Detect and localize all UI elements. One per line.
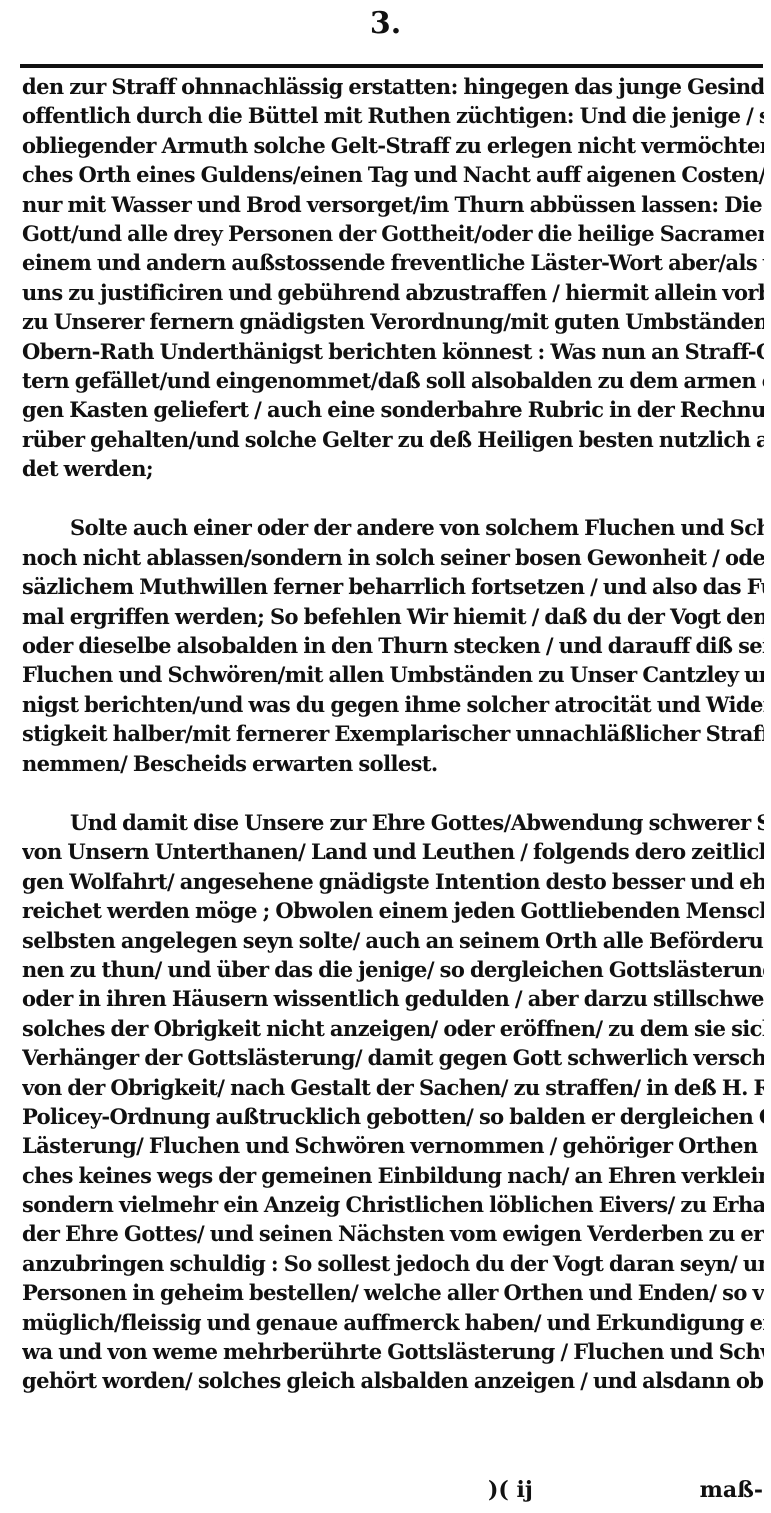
- text-line: ches Orth eines Guldens/einen Tag und Na…: [22, 160, 764, 189]
- text-line: zu Unserer fernern gnädigsten Verordnung…: [22, 307, 764, 336]
- text-line: mal ergriffen werden; So befehlen Wir hi…: [22, 602, 764, 631]
- text-line: der Ehre Gottes/ und seinen Nächsten vom…: [22, 1219, 764, 1248]
- text-line: gen Wolfahrt/ angesehene gnädigste Inten…: [22, 867, 764, 896]
- text-line: Fluchen und Schwören/mit allen Umbstände…: [22, 660, 764, 689]
- text-line: Gott/und alle drey Personen der Gottheit…: [22, 219, 764, 248]
- text-line: gehört worden/ solches gleich alsbalden …: [22, 1366, 764, 1395]
- text-line: selbsten angelegen seyn solte/ auch an s…: [22, 926, 764, 955]
- catchword: maß-: [700, 1470, 763, 1510]
- text-line: solches der Obrigkeit nicht anzeigen/ od…: [22, 1014, 764, 1043]
- text-line: säzlichem Muthwillen ferner beharrlich f…: [22, 572, 764, 601]
- text-line: reichet werden möge ; Obwolen einem jede…: [22, 896, 764, 925]
- text-line: Solte auch einer oder der andere von sol…: [22, 513, 764, 542]
- text-line: Lästerung/ Fluchen und Schwören vernomme…: [22, 1131, 764, 1160]
- paragraph-2: Solte auch einer oder der andere von sol…: [22, 513, 764, 778]
- text-line: Und damit dise Unsere zur Ehre Gottes/Ab…: [22, 808, 764, 837]
- text-line: nemmen/ Bescheids erwarten sollest.: [22, 749, 764, 778]
- page-number: 3.: [0, 4, 771, 44]
- text-line: oder in ihren Häusern wissentlich geduld…: [22, 984, 764, 1013]
- text-line: nur mit Wasser und Brod versorget/im Thu…: [22, 190, 764, 219]
- paragraph-1: den zur Straff ohnnachlässig erstatten: …: [22, 72, 764, 483]
- text-line: det werden;: [22, 454, 764, 483]
- body-text: den zur Straff ohnnachlässig erstatten: …: [22, 72, 764, 1396]
- text-line: oder dieselbe alsobalden in den Thurn st…: [22, 631, 764, 660]
- text-line: tern gefället/und eingenommet/daß soll a…: [22, 366, 764, 395]
- text-line: wa und von weme mehrberührte Gottsläster…: [22, 1337, 764, 1366]
- signature-mark: )( ij: [488, 1470, 533, 1510]
- text-line: uns zu justificiren und gebührend abzust…: [22, 278, 764, 307]
- text-line: den zur Straff ohnnachlässig erstatten: …: [22, 72, 764, 101]
- header-rule: [20, 64, 763, 68]
- text-line: rüber gehalten/und solche Gelter zu deß …: [22, 425, 764, 454]
- paragraph-gap: [22, 483, 764, 513]
- paragraph-3: Und damit dise Unsere zur Ehre Gottes/Ab…: [22, 808, 764, 1396]
- paragraph-gap: [22, 778, 764, 808]
- text-line: nen zu thun/ und über das die jenige/ so…: [22, 955, 764, 984]
- text-line: anzubringen schuldig : So sollest jedoch…: [22, 1249, 764, 1278]
- text-line: noch nicht ablassen/sondern in solch sei…: [22, 543, 764, 572]
- text-line: sondern vielmehr ein Anzeig Christlichen…: [22, 1190, 764, 1219]
- document-page: 3. den zur Straff ohnnachlässig erstatte…: [0, 0, 771, 1513]
- text-line: Obern-Rath Underthänigst berichten könne…: [22, 337, 764, 366]
- text-line: stigkeit halber/mit fernerer Exemplarisc…: [22, 719, 764, 748]
- text-line: nigst berichten/und was du gegen ihme so…: [22, 690, 764, 719]
- text-line: müglich/fleissig und genaue auffmerck ha…: [22, 1308, 764, 1337]
- text-line: Verhänger der Gottslästerung/ damit gege…: [22, 1043, 764, 1072]
- text-line: einem und andern außstossende freventlic…: [22, 248, 764, 277]
- text-line: von Unsern Unterthanen/ Land und Leuthen…: [22, 837, 764, 866]
- page-footer: )( ij maß-: [0, 1470, 771, 1510]
- text-line: gen Kasten geliefert / auch eine sonderb…: [22, 395, 764, 424]
- text-line: obliegender Armuth solche Gelt-Straff zu…: [22, 131, 764, 160]
- text-line: ches keines wegs der gemeinen Einbildung…: [22, 1161, 764, 1190]
- text-line: offentlich durch die Büttel mit Ruthen z…: [22, 101, 764, 130]
- text-line: Personen in geheim bestellen/ welche all…: [22, 1278, 764, 1307]
- text-line: von der Obrigkeit/ nach Gestalt der Sach…: [22, 1073, 764, 1102]
- text-line: Policey-Ordnung außtrucklich gebotten/ s…: [22, 1102, 764, 1131]
